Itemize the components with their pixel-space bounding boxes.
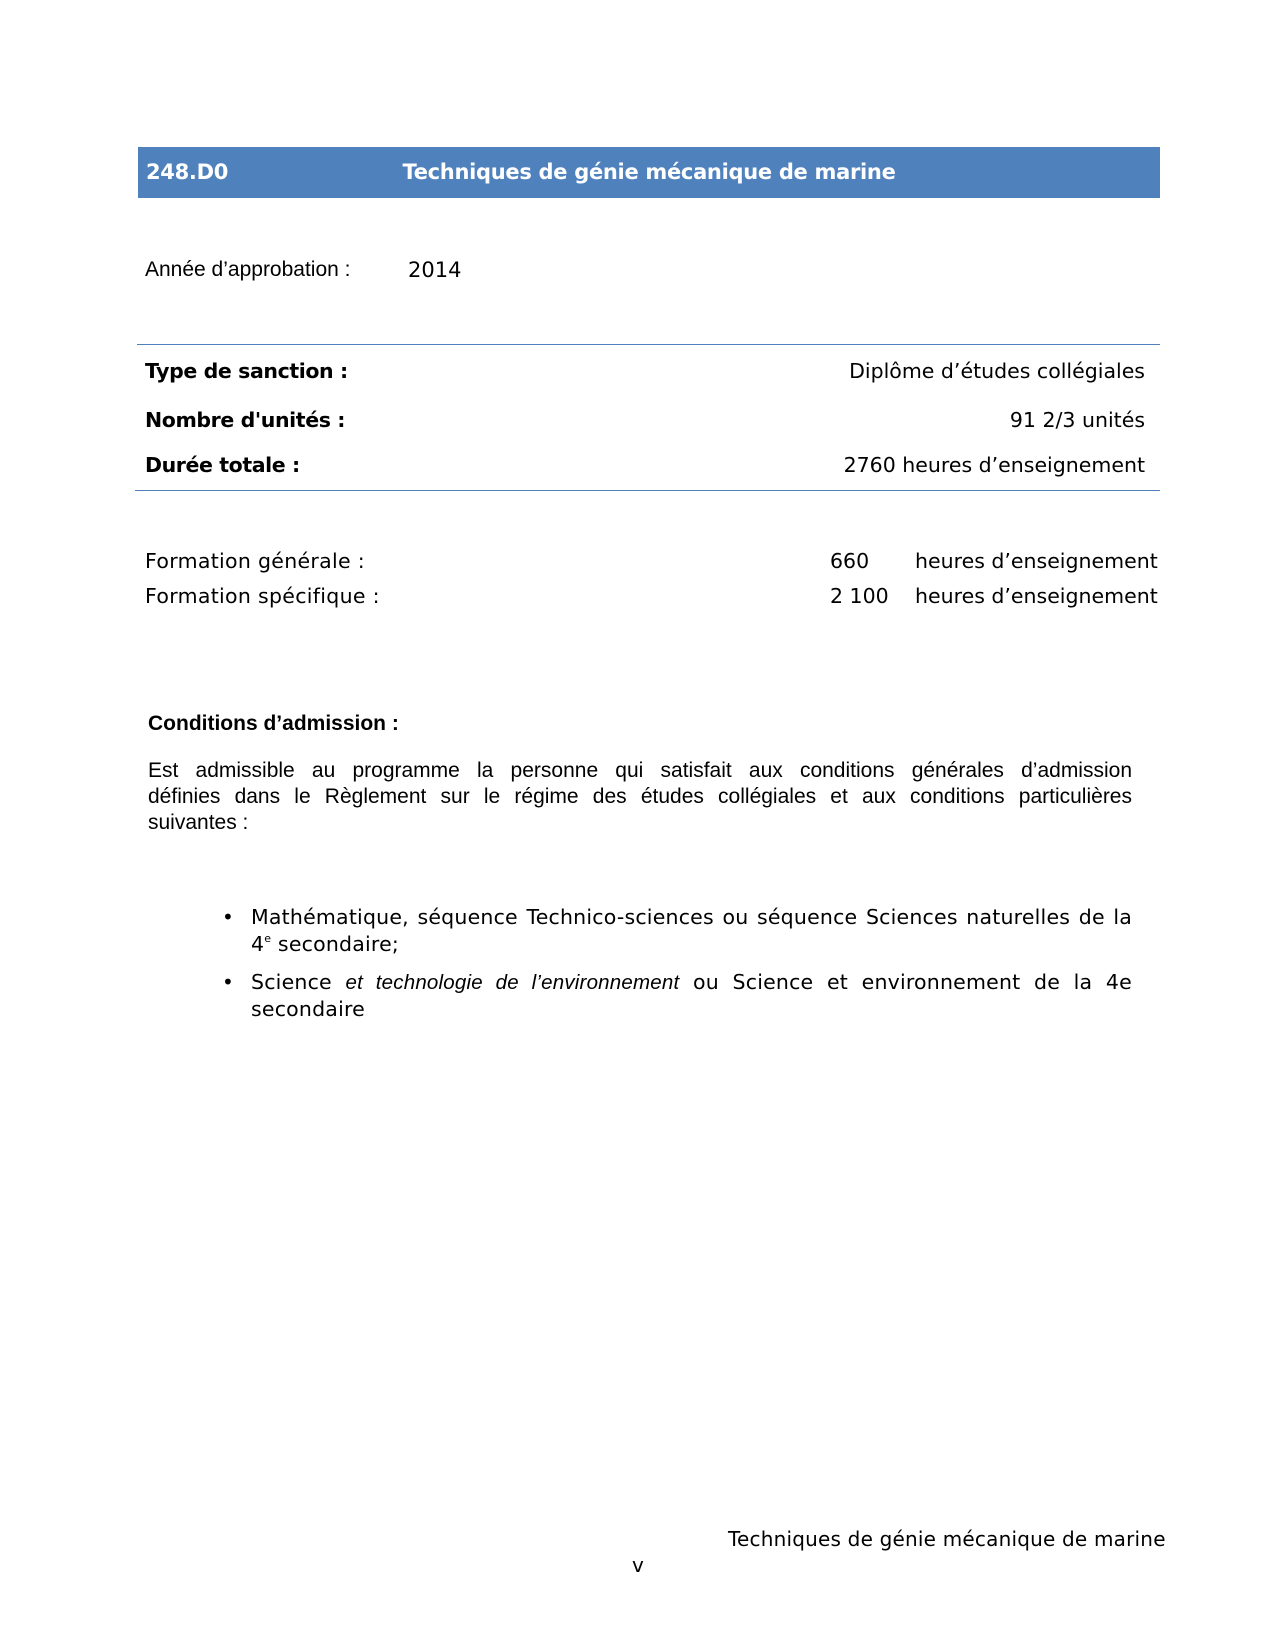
specific-training-unit: heures d’enseignement [915,584,1158,608]
units-value: 91 2/3 unités [1010,408,1145,432]
total-duration-value: 2760 heures d’enseignement [844,453,1145,477]
admission-conditions-paragraph: Est admissible au programme la personne … [148,758,1132,836]
bullet-icon: • [222,904,234,931]
admission-requirements-list: • Mathématique, séquence Technico-scienc… [220,904,1132,1034]
total-duration-label: Durée totale : [145,453,300,477]
requirement-science: • Science et technologie de l’environnem… [220,969,1132,1023]
general-training-hours: 660 [830,549,869,573]
specific-training-label: Formation spécifique : [145,584,380,608]
paragraph-line: Est admissible au programme la personne … [148,758,1132,784]
paragraph-line: suivantes : [148,810,1132,836]
program-title: Techniques de génie mécanique de marine [138,147,1160,198]
page-number: v [632,1553,644,1577]
general-training-unit: heures d’enseignement [915,549,1158,573]
approval-year-value: 2014 [408,258,461,282]
approval-year-label: Année d’approbation : [145,258,351,282]
sanction-type-value: Diplôme d’études collégiales [849,359,1145,383]
footer-program-title: Techniques de génie mécanique de marine [728,1527,1166,1551]
summary-bottom-rule [135,490,1160,491]
units-label: Nombre d'unités : [145,408,345,432]
paragraph-line: définies dans le Règlement sur le régime… [148,784,1132,810]
admission-conditions-heading: Conditions d’admission : [148,712,399,736]
requirement-math: • Mathématique, séquence Technico-scienc… [220,904,1132,958]
program-header-bar: 248.D0 Techniques de génie mécanique de … [138,147,1160,198]
specific-training-hours: 2 100 [830,584,889,608]
sanction-type-label: Type de sanction : [145,359,348,383]
general-training-label: Formation générale : [145,549,365,573]
summary-top-rule [137,344,1160,345]
bullet-icon: • [222,969,234,996]
